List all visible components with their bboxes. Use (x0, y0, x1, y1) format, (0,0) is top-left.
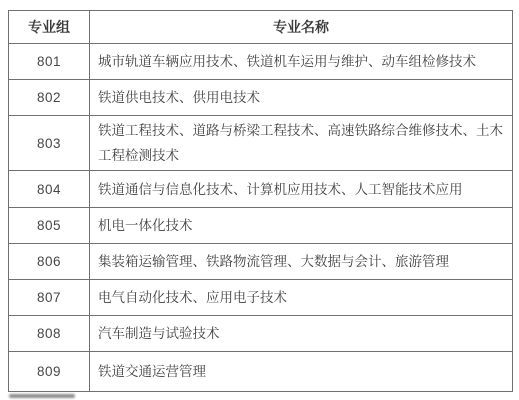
majors-list: 汽车制造与试验技术 (90, 316, 513, 352)
table-row: 804 铁道通信与信息化技术、计算机应用技术、人工智能技术应用 (9, 171, 513, 208)
table-row: 806 集装箱运输管理、铁路物流管理、大数据与会计、旅游管理 (9, 244, 513, 280)
table-row: 807 电气自动化技术、应用电子技术 (9, 280, 513, 316)
table-row: 809 铁道交通运营管理 (9, 352, 513, 392)
group-code: 809 (9, 352, 90, 392)
group-code: 803 (9, 116, 90, 171)
table-header-row: 专业组 专业名称 (9, 11, 513, 44)
majors-list: 铁道工程技术、道路与桥梁工程技术、高速铁路综合维修技术、土木工程检测技术 (90, 116, 513, 171)
group-code: 804 (9, 171, 90, 208)
table-row: 803 铁道工程技术、道路与桥梁工程技术、高速铁路综合维修技术、土木工程检测技术 (9, 116, 513, 171)
table-row: 802 铁道供电技术、供用电技术 (9, 80, 513, 116)
group-code: 807 (9, 280, 90, 316)
page: 专业组 专业名称 801 城市轨道车辆应用技术、铁道机车运用与维护、动车组检修技… (0, 0, 519, 400)
table-row: 801 城市轨道车辆应用技术、铁道机车运用与维护、动车组检修技术 (9, 44, 513, 80)
cropped-content-fragment (9, 394, 75, 398)
group-code: 806 (9, 244, 90, 280)
group-code: 801 (9, 44, 90, 80)
group-code: 805 (9, 208, 90, 244)
table-row: 805 机电一体化技术 (9, 208, 513, 244)
majors-list: 电气自动化技术、应用电子技术 (90, 280, 513, 316)
majors-table: 专业组 专业名称 801 城市轨道车辆应用技术、铁道机车运用与维护、动车组检修技… (8, 10, 513, 392)
group-code: 802 (9, 80, 90, 116)
majors-list: 铁道通信与信息化技术、计算机应用技术、人工智能技术应用 (90, 171, 513, 208)
header-majors-column: 专业名称 (90, 11, 513, 44)
majors-list: 机电一体化技术 (90, 208, 513, 244)
header-group-column: 专业组 (9, 11, 90, 44)
table-row: 808 汽车制造与试验技术 (9, 316, 513, 352)
majors-list: 集装箱运输管理、铁路物流管理、大数据与会计、旅游管理 (90, 244, 513, 280)
majors-list: 铁道交通运营管理 (90, 352, 513, 392)
group-code: 808 (9, 316, 90, 352)
majors-list: 铁道供电技术、供用电技术 (90, 80, 513, 116)
majors-list: 城市轨道车辆应用技术、铁道机车运用与维护、动车组检修技术 (90, 44, 513, 80)
